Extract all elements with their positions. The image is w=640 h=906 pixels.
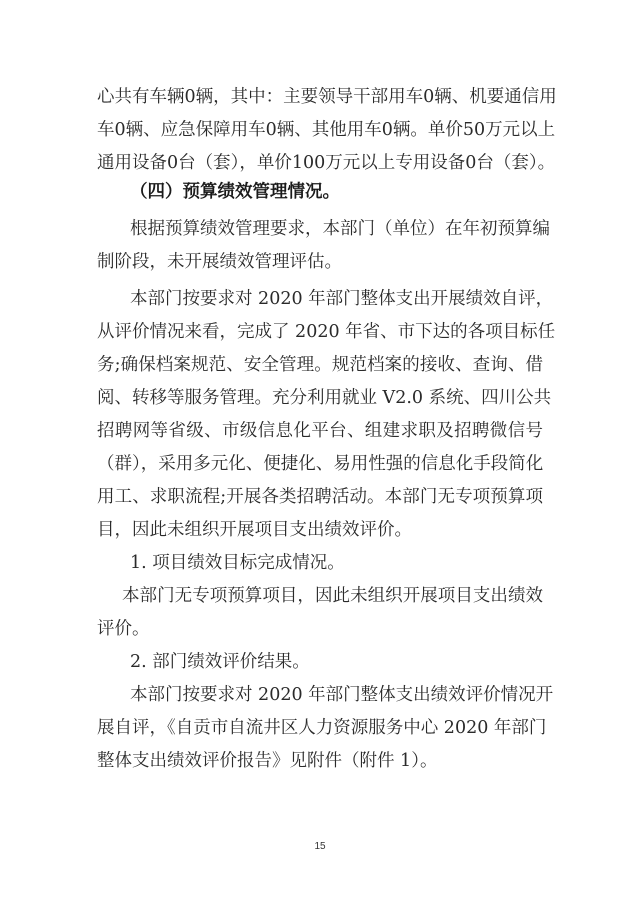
paragraph-line: 心共有车辆0辆，其中：主要领导干部用车0辆、机要通信用 [97,85,543,109]
paragraph-line: 本部门按要求对 2020 年部门整体支出绩效评价情况开 [130,683,543,707]
paragraph-line: 通用设备0台（套），单价100万元以上专用设备0台（套）。 [97,151,543,175]
page-number: 15 [0,841,640,852]
paragraph-line: 根据预算绩效管理要求，本部门（单位）在年初预算编 [130,217,543,241]
paragraph-line: （群），采用多元化、便捷化、易用性强的信息化手段简化 [97,452,543,476]
paragraph-line: 目，因此未组织开展项目支出绩效评价。 [97,518,543,542]
paragraph-line: 本部门无专项预算项目，因此未组织开展项目支出绩效 [122,584,543,608]
paragraph-line: 评价。 [97,617,543,641]
section-heading: （四）预算绩效管理情况。 [130,180,340,204]
paragraph-line: 从评价情况来看，完成了 2020 年省、市下达的各项目标任 [97,320,543,344]
paragraph-line: 车0辆、应急保障用车0辆、其他用车0辆。单价50万元以上 [97,118,543,142]
paragraph-line: 阅、转移等服务管理。充分利用就业 V2.0 系统、四川公共 [97,386,543,410]
paragraph-line: 制阶段，未开展绩效管理评估。 [97,250,543,274]
document-page: 心共有车辆0辆，其中：主要领导干部用车0辆、机要通信用 车0辆、应急保障用车0辆… [0,0,640,906]
paragraph-line: 招聘网等省级、市级信息化平台、组建求职及招聘微信号 [97,419,543,443]
paragraph-line: 整体支出绩效评价报告》见附件（附件 1）。 [97,749,543,773]
paragraph-line: 用工、求职流程;开展各类招聘活动。本部门无专项预算项 [97,485,543,509]
subsection-heading-2: 2. 部门绩效评价结果。 [130,650,543,674]
paragraph-line: 务;确保档案规范、安全管理。规范档案的接收、查询、借 [97,353,543,377]
paragraph-line: 展自评，《自贡市自流井区人力资源服务中心 2020 年部门 [97,716,543,740]
subsection-heading-1: 1. 项目绩效目标完成情况。 [130,551,543,575]
paragraph-line: 本部门按要求对 2020 年部门整体支出开展绩效自评， [130,287,543,311]
